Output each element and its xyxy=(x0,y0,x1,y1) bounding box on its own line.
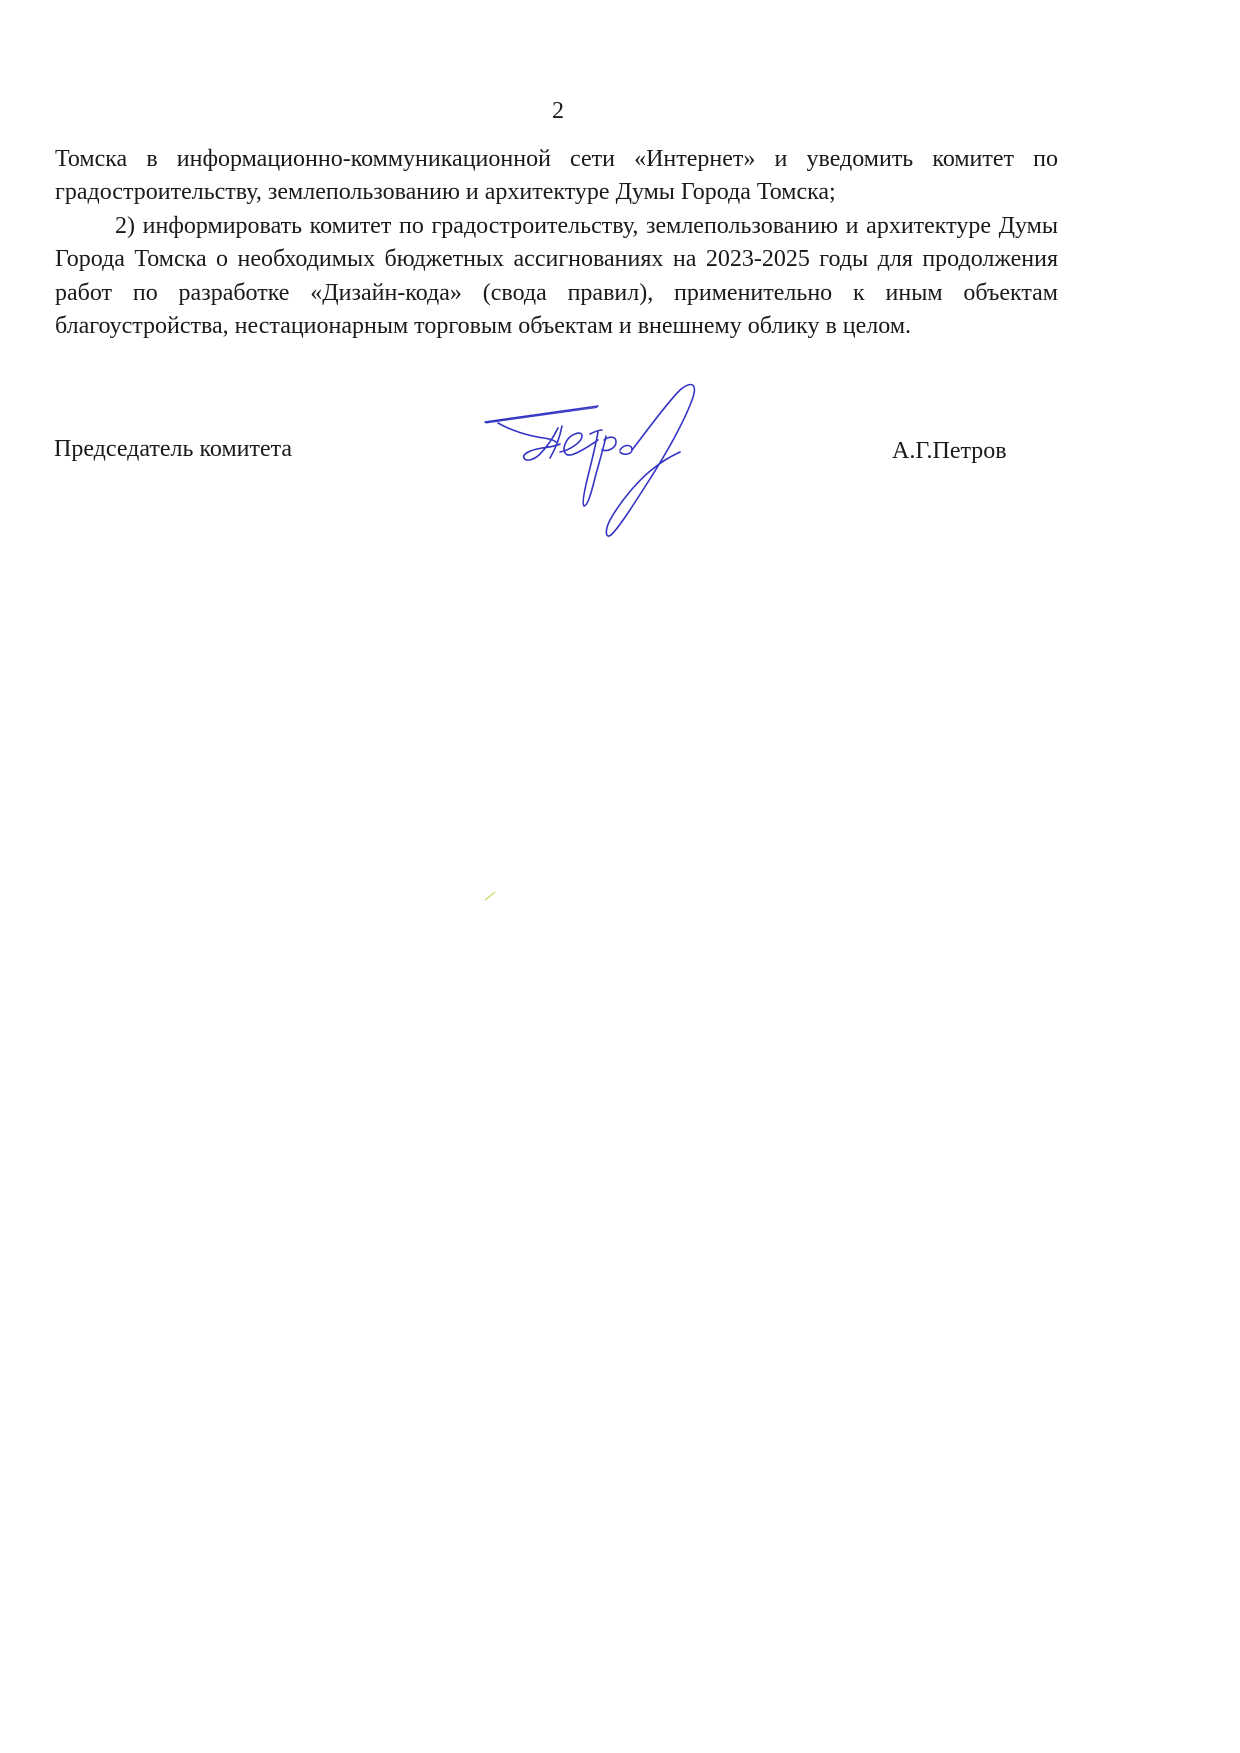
handwritten-signature-icon xyxy=(470,370,720,550)
body-text: Томска в информационно-коммуникационной … xyxy=(55,143,1058,343)
signatory-position: Председатель комитета xyxy=(54,435,292,463)
scan-artifact-icon xyxy=(483,890,497,902)
paragraph-item-2: 2) информировать комитет по градостроите… xyxy=(55,210,1058,344)
page-number: 2 xyxy=(0,97,1116,125)
signatory-name: А.Г.Петров xyxy=(892,437,1007,465)
paragraph-continuation: Томска в информационно-коммуникационной … xyxy=(55,143,1058,210)
